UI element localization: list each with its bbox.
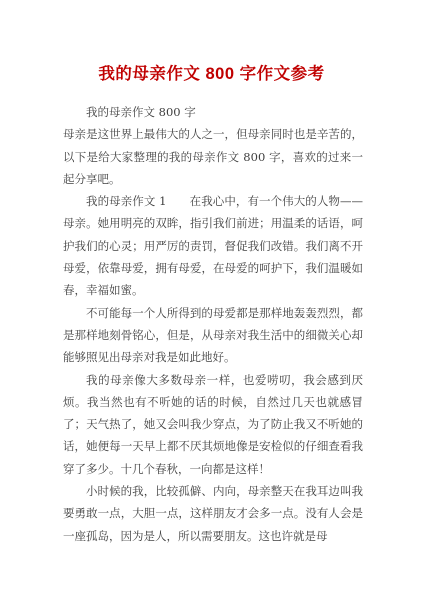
paragraph-childhood: 小时候的我，比较孤僻、内向，母亲整天在我耳边叫我要勇敢一点，大胆一点，这样朋友才… — [63, 480, 363, 547]
document-subtitle: 我的母亲作文 800 字 — [63, 101, 363, 123]
paragraph-essay-1-opening: 我的母亲作文 1 在我心中，有一个伟大的人物——母亲。她用明亮的双眸，指引我们前… — [63, 190, 363, 301]
paragraph-intro: 母亲是这世界上最伟大的人之一，但母亲同时也是辛苦的，以下是给大家整理的我的母亲作… — [63, 123, 363, 190]
paragraph-motherly-love: 不可能每一个人所得到的母爱都是那样地轰轰烈烈，都是那样地刻骨铭心，但是，从母亲对… — [63, 302, 363, 369]
document-body: 我的母亲作文 800 字 母亲是这世界上最伟大的人之一，但母亲同时也是辛苦的，以… — [63, 101, 363, 547]
document-page: 我的母亲作文 800 字作文参考 我的母亲作文 800 字 母亲是这世界上最伟大… — [0, 0, 423, 600]
document-title: 我的母亲作文 800 字作文参考 — [0, 62, 423, 86]
paragraph-nagging: 我的母亲像大多数母亲一样，也爱唠叨，我会感到厌烦。我当然也有不听她的话的时候，自… — [63, 369, 363, 480]
